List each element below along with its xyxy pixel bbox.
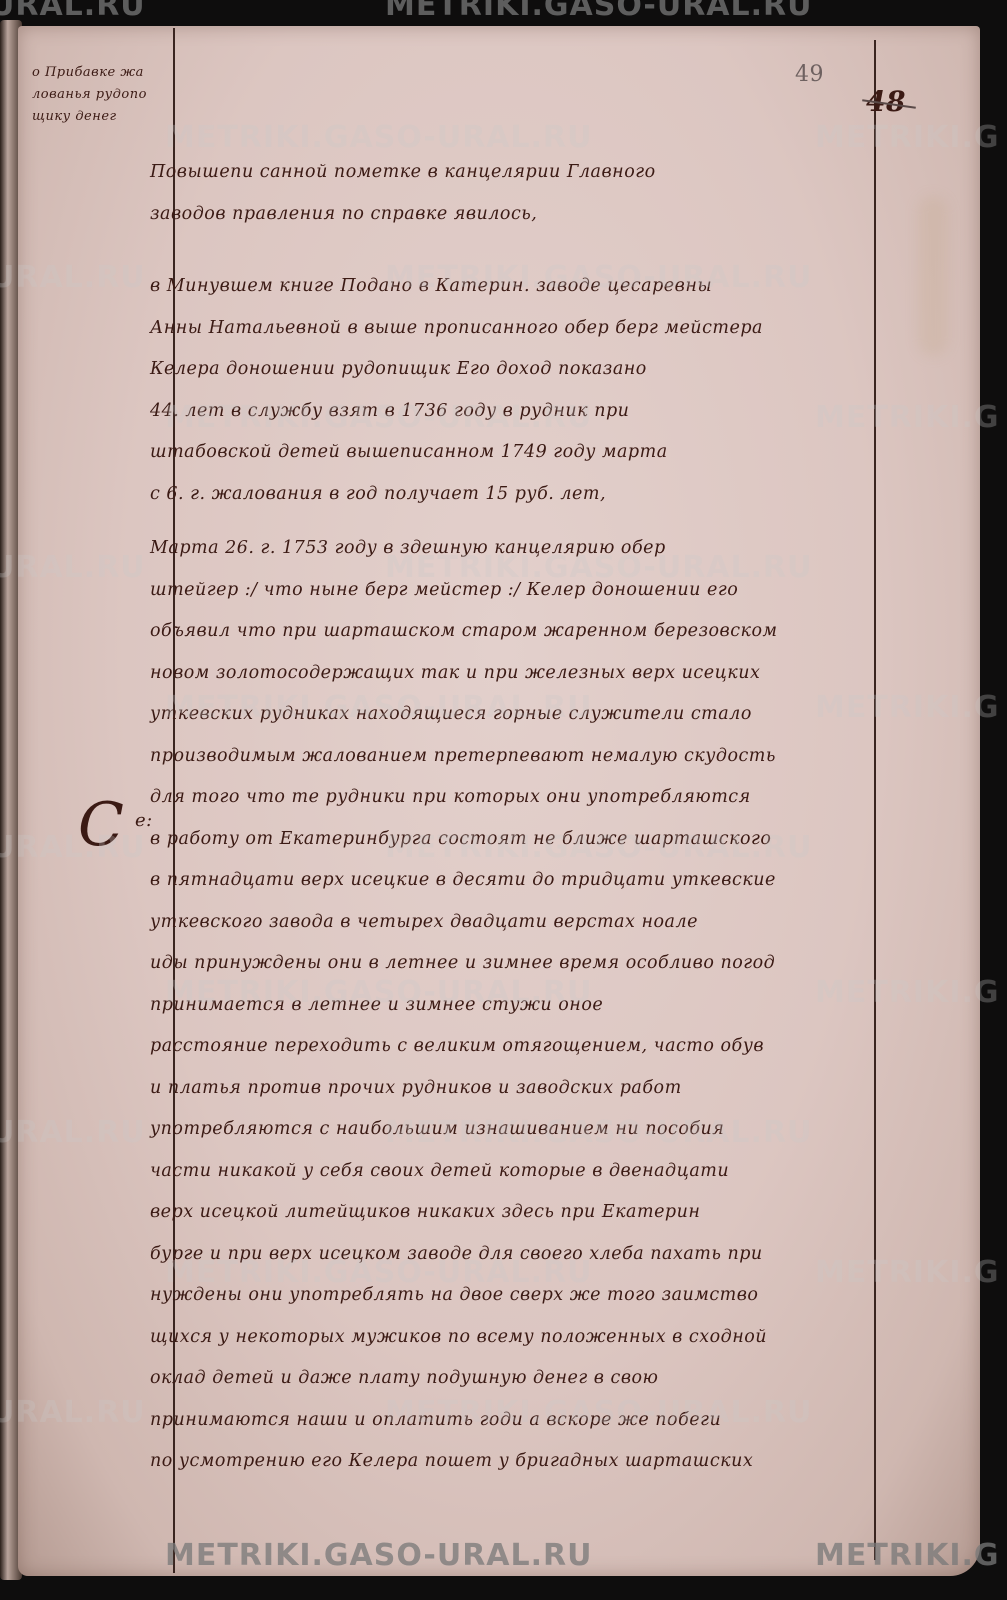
text-line: верх исецкой литейщиков никаких здесь пр… bbox=[150, 1192, 778, 1234]
text-line: бурге и при верх исецком заводе для свое… bbox=[150, 1234, 778, 1276]
text-line: нуждены они употреблять на двое сверх же… bbox=[150, 1275, 778, 1317]
watermark: URAL.RU bbox=[0, 0, 146, 23]
text-line: в пятнадцати верх исецкие в десяти до тр… bbox=[150, 860, 778, 902]
text-line: уткевских рудниках находящиеся горные сл… bbox=[150, 694, 778, 736]
text-line: штейгер :/ что ныне берг мейстер :/ Келе… bbox=[150, 570, 778, 612]
paragraph-heading: Повышепи санной пометке в канцелярии Гла… bbox=[150, 152, 656, 235]
text-line: производимым жалованием претерпевают нем… bbox=[150, 736, 778, 778]
text-line: 44. лет в службу взят в 1736 году в рудн… bbox=[150, 391, 763, 433]
text-line: и платья против прочих рудников и заводс… bbox=[150, 1068, 778, 1110]
text-line: принимается в летнее и зимнее стужи оное bbox=[150, 985, 778, 1027]
margin-note-line: о Прибавке жа bbox=[32, 62, 147, 84]
text-line: объявил что при шарташском старом жаренн… bbox=[150, 611, 778, 653]
text-line: оклад детей и даже плату подушную денег … bbox=[150, 1358, 778, 1400]
text-line: щихся у некоторых мужиков по всему полож… bbox=[150, 1317, 778, 1359]
paragraph-record: в Минувшем книге Подано в Катерин. завод… bbox=[150, 266, 763, 515]
text-line: уткевского завода в четырех двадцати вер… bbox=[150, 902, 778, 944]
text-line: новом золотосодержащих так и при железны… bbox=[150, 653, 778, 695]
right-margin-rule bbox=[874, 40, 876, 1560]
text-line: иды принуждены они в летнее и зимнее вре… bbox=[150, 943, 778, 985]
margin-symbol-icon: С bbox=[78, 790, 124, 860]
text-line: Марта 26. г. 1753 году в здешную канцеля… bbox=[150, 528, 778, 570]
text-line: для того что те рудники при которых они … bbox=[150, 777, 778, 819]
text-line: штабовской детей вышеписанном 1749 году … bbox=[150, 432, 763, 474]
margin-note: о Прибавке жа лованья рудопо щику денег bbox=[32, 62, 147, 128]
margin-note-line: щику денег bbox=[32, 106, 147, 128]
text-line: с 6. г. жалования в год получает 15 руб.… bbox=[150, 474, 763, 516]
text-line: в работу от Екатеринбурга состоят не бли… bbox=[150, 819, 778, 861]
text-line: Келера доношении рудопищик Его доход пок… bbox=[150, 349, 763, 391]
text-line: принимаются наши и оплатить годи а вскор… bbox=[150, 1400, 778, 1442]
paper-stain bbox=[918, 196, 948, 356]
text-line: части никакой у себя своих детей которые… bbox=[150, 1151, 778, 1193]
text-line: в Минувшем книге Подано в Катерин. завод… bbox=[150, 266, 763, 308]
text-line: Повышепи санной пометке в канцелярии Гла… bbox=[150, 152, 656, 194]
text-line: расстояние переходить с великим отягощен… bbox=[150, 1026, 778, 1068]
text-line: Анны Натальевной в выше прописанного обе… bbox=[150, 308, 763, 350]
folio-pencil-number: 49 bbox=[795, 62, 824, 87]
paragraph-petition: Марта 26. г. 1753 году в здешную канцеля… bbox=[150, 528, 778, 1483]
text-line: по усмотрению его Келера пошет у бригадн… bbox=[150, 1441, 778, 1483]
watermark: METRIKI.GASO-URAL.RU bbox=[385, 0, 813, 23]
text-line: заводов правления по справке явилось, bbox=[150, 194, 656, 236]
text-line: употребляются с наибольшим изнашиванием … bbox=[150, 1109, 778, 1151]
margin-note-line: лованья рудопо bbox=[32, 84, 147, 106]
